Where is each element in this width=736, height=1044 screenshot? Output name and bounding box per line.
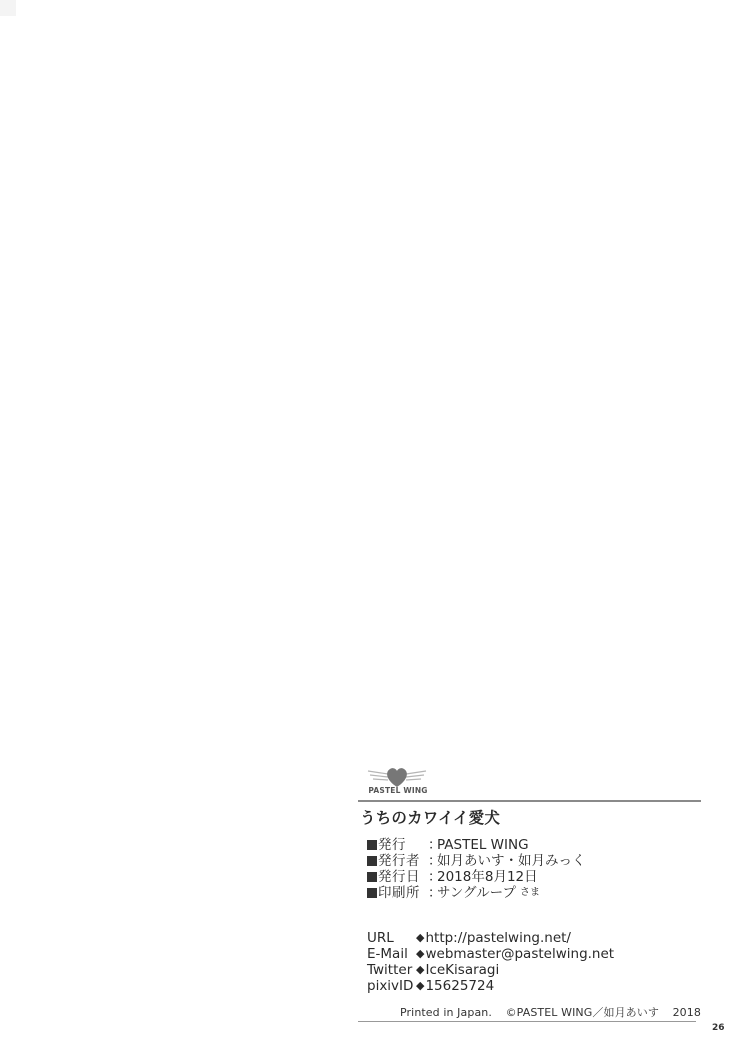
contact-row-pixiv: pixivID ◆ 15625724: [367, 978, 614, 994]
page-number: 26: [712, 1023, 725, 1033]
info-label: 発行者: [378, 853, 428, 869]
info-value: サングループ: [437, 885, 516, 901]
info-row-issuer: 発行者 ： 如月あいす・如月みっく: [367, 853, 586, 869]
diamond-bullet-icon: ◆: [416, 962, 424, 978]
info-suffix: さま: [520, 885, 540, 901]
contact-label: URL: [367, 930, 416, 946]
copyright-year: 2018: [673, 1006, 701, 1019]
info-row-date: 発行日 ： 2018年8月12日: [367, 869, 586, 885]
printed-in-text: Printed in Japan.: [400, 1006, 492, 1019]
divider-top: [358, 800, 701, 802]
contact-value-pixiv: 15625724: [425, 978, 494, 994]
contact-label: E-Mail: [367, 946, 416, 962]
contact-info: URL ◆ http://pastelwing.net/ E-Mail ◆ we…: [367, 930, 614, 994]
info-label: 発行日: [378, 869, 428, 885]
contact-row-email: E-Mail ◆ webmaster@pastelwing.net: [367, 946, 614, 962]
info-separator: ：: [428, 837, 437, 853]
square-bullet-icon: [367, 872, 377, 882]
info-row-publisher: 発行 ： PASTEL WING: [367, 837, 586, 853]
info-value: PASTEL WING: [437, 837, 529, 853]
contact-value-url: http://pastelwing.net/: [425, 930, 571, 946]
contact-row-twitter: Twitter ◆ IceKisaragi: [367, 962, 614, 978]
info-separator: ：: [428, 853, 437, 869]
logo-text: PASTEL WING: [366, 786, 430, 795]
heart-with-wings-icon: [364, 766, 430, 788]
contact-label: Twitter: [367, 962, 416, 978]
copyright-footer: Printed in Japan. ©PASTEL WING／如月あいす 201…: [400, 1004, 711, 1020]
info-value: 2018年8月12日: [437, 869, 538, 885]
book-title: うちのカワイイ愛犬: [360, 806, 500, 828]
publication-info: 発行 ： PASTEL WING 発行者 ： 如月あいす・如月みっく 発行日 ：…: [367, 837, 586, 901]
square-bullet-icon: [367, 840, 377, 850]
info-separator: ：: [428, 869, 437, 885]
contact-value-email: webmaster@pastelwing.net: [425, 946, 614, 962]
copyright-text: ©PASTEL WING／如月あいす: [506, 1006, 659, 1019]
info-label: 印刷所: [378, 885, 428, 901]
info-label: 発行: [378, 837, 428, 853]
info-value: 如月あいす・如月みっく: [437, 853, 586, 869]
contact-row-url: URL ◆ http://pastelwing.net/: [367, 930, 614, 946]
divider-bottom: [358, 1021, 696, 1022]
colophon: PASTEL WING うちのカワイイ愛犬 発行 ： PASTEL WING 発…: [0, 0, 736, 1044]
square-bullet-icon: [367, 888, 377, 898]
diamond-bullet-icon: ◆: [416, 930, 424, 946]
diamond-bullet-icon: ◆: [416, 946, 424, 962]
contact-label: pixivID: [367, 978, 416, 994]
square-bullet-icon: [367, 856, 377, 866]
info-row-printer: 印刷所 ： サングループ さま: [367, 885, 586, 901]
diamond-bullet-icon: ◆: [416, 978, 424, 994]
pastel-wing-logo: PASTEL WING: [364, 766, 430, 798]
info-separator: ：: [428, 885, 437, 901]
contact-value-twitter: IceKisaragi: [425, 962, 499, 978]
